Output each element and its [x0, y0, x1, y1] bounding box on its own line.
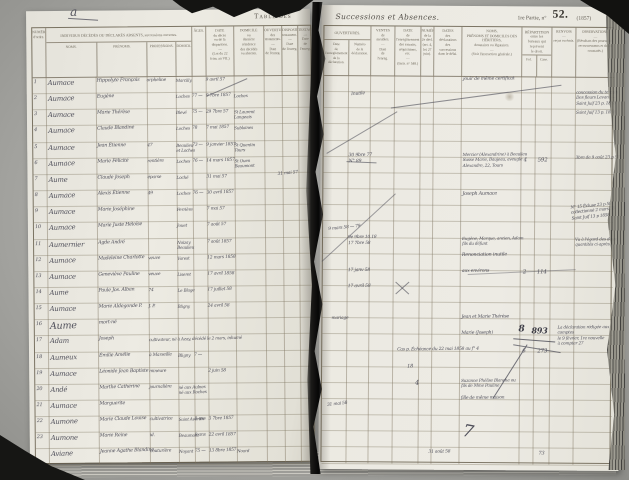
column-header: INDIVIDUS DÉCÉDÉS OU DÉCLARÉS ABSENTS, s…: [45, 27, 191, 77]
right-page-title: Successions et Absences.: [336, 12, 440, 22]
row-number: 3: [34, 111, 37, 118]
handwriting-annotation: 73: [539, 450, 545, 457]
domicile-entry: Ferrière: [177, 207, 193, 213]
firstname-entry: mort-né: [99, 320, 117, 327]
column-header: DATE de l'enregistrement des extraits, r…: [394, 26, 420, 75]
surname-entry: Aumace: [48, 111, 75, 120]
column-header: NOMS.: [46, 43, 96, 77]
grid-line: [36, 446, 316, 449]
surname-entry: Adam: [50, 337, 69, 346]
profession-entry: veuve: [148, 255, 160, 261]
profession-entry: orpheline: [147, 78, 167, 84]
handwriting-annotation: 31 août 58: [429, 449, 451, 455]
profession-entry: mineure: [149, 369, 166, 375]
column-header: OUVERTURES.Date de l'enregistrement de l…: [324, 26, 370, 75]
firstname-entry: Marthe Cathérine: [99, 384, 140, 392]
firstname-entry: Marie Reine: [100, 433, 128, 440]
profession-entry: 49: [148, 191, 153, 197]
row-number: 8: [35, 192, 38, 199]
handwriting-annotation: Inutile: [351, 91, 365, 98]
surname-entry: Aumernier: [49, 240, 84, 249]
death-date-entry: 7 août 57: [207, 222, 226, 228]
grid-line: [35, 398, 315, 401]
firstname-entry: Marie Thérèse: [97, 110, 130, 117]
handwriting-annotation: 3bre de 9 août 23 p 57: [576, 154, 620, 160]
surname-entry: Aumace: [50, 369, 77, 378]
death-date-entry: 22 avril 1857: [209, 432, 236, 438]
surname-entry: Aume: [50, 320, 77, 333]
death-date-entry: 24 avril 58: [208, 303, 230, 309]
grid-line: [322, 366, 612, 369]
column-subheaders: Date de l'enregistrement de la déclarati…: [324, 40, 370, 75]
row-number: 17: [36, 337, 42, 344]
grid-line: [33, 91, 313, 94]
surname-entry: Aumace: [49, 256, 76, 266]
grid-line: [33, 123, 313, 126]
profession-entry: id.: [150, 433, 155, 439]
handwriting-annotation: Joseph Aumace: [462, 192, 497, 199]
right-page: Successions et Absences. 1re Partie, n° …: [318, 5, 621, 471]
surname-entry: Aumace: [49, 223, 76, 233]
column-header: DOMICILE ou dernière résidence des décéd…: [233, 26, 263, 75]
death-date-entry: 17 avril 1858: [207, 271, 234, 277]
surname-entry: Aumace: [49, 208, 76, 217]
grid-line: [34, 285, 314, 288]
row-number: 13: [35, 273, 41, 280]
partie-label: 1re Partie, n°: [518, 15, 547, 21]
grid-line: [324, 91, 614, 94]
column-header: NUMÉROS d'ordre.: [32, 28, 45, 77]
row-number: 21: [36, 402, 42, 409]
grid-line: [323, 220, 613, 223]
surname-entry: Aumace: [50, 305, 77, 314]
column-header: PROFESSIONS.: [147, 42, 176, 77]
surname-entry: Aumeux: [50, 353, 77, 363]
firstname-entry: Marie Félicité: [97, 158, 128, 165]
row-number: 1: [34, 79, 37, 86]
domicile-entry: Loches: [176, 126, 190, 132]
firstname-entry: Eugène: [97, 94, 114, 101]
grid-line: [33, 107, 313, 110]
book-scan: a Table des NUMÉROS d'ordre.INDIVIDUS DÉ…: [0, 0, 629, 480]
grid-line: [323, 301, 613, 304]
margin-note-letter-a: a: [70, 5, 77, 19]
place-entry: St Ouen Beaumont: [234, 157, 254, 169]
profession-entry: cultivatrice: [150, 417, 173, 424]
grid-line: [324, 123, 614, 126]
handwriting-annotation: 17 janv 58: [348, 268, 370, 274]
grid-line: [33, 155, 313, 158]
grid-line: [34, 252, 314, 255]
handwriting-annotation: 893: [531, 325, 547, 336]
surname-entry: Aumone: [51, 434, 78, 443]
grid-line: [321, 463, 611, 466]
firstname-entry: Marguerite: [99, 401, 125, 408]
column-header: DOMICILES.: [175, 42, 191, 77]
profession-entry: à Marseille: [149, 352, 172, 359]
death-date-entry: 31 mai 57: [206, 174, 226, 180]
surname-entry: Andé: [50, 385, 67, 394]
column-header: RENVOIS — reçus ou émis.: [551, 28, 575, 77]
column-header: NUMÉRO de la 2e décl. (art. 4, loi 27 ju…: [420, 27, 433, 76]
handwriting-annotation: Eugène, Marque, ancien, Adam fils du déf…: [462, 235, 523, 247]
domicile-entry: Loches: [177, 191, 191, 197]
handwriting-annotation: 4: [524, 157, 527, 164]
grid-line: [322, 446, 612, 449]
domicile-entry: Jouet: [177, 223, 187, 229]
death-date-entry: 29 7bre 57: [206, 110, 228, 116]
handwriting-annotation: Suzanne Phélise Blanche ou fils de Mme P…: [461, 377, 516, 388]
surname-entry: Aumace: [48, 143, 75, 152]
column-header: NOMS, PRÉNOMS ET DOMICILES DES HÉRITIERS…: [461, 27, 521, 76]
domicile-entry: Blevé: [176, 110, 187, 116]
profession-entry: J. P.: [149, 304, 156, 310]
death-date-entry: 17 juillet 58: [207, 287, 231, 294]
profession-entry: veuve: [148, 272, 160, 278]
profession-entry: rentière: [147, 158, 164, 164]
age-entry: 75 —: [195, 449, 206, 455]
column-header: Date de l'enregistrement de la déclarati…: [324, 40, 348, 75]
profession-entry: 47: [147, 143, 152, 149]
column-header: Case.: [536, 55, 552, 76]
grid-line: [34, 204, 314, 207]
firstname-entry: Émilie Amélie: [99, 352, 130, 359]
place-entry: Noard: [237, 448, 250, 454]
column-header: RÉPARTITION entre les bureaux qui reçoiv…: [521, 27, 551, 76]
handwriting-annotation: 17 avril 58: [348, 284, 371, 290]
handwriting-annotation: Mercier (Alexandrine) à Beaulieu Susse M…: [463, 151, 528, 168]
domicile-entry: Le Blage: [177, 287, 194, 293]
death-date-entry: 7 août 1857: [207, 239, 232, 245]
handwriting-annotation: Jean et Marie Thérèse: [461, 314, 509, 320]
row-number: 14: [35, 289, 41, 296]
surname-entry: Aumace: [50, 402, 77, 411]
grid-line: [35, 382, 315, 385]
column-header: VENTES de meubles. — Date de l'enreg.: [370, 26, 394, 75]
age-entry: 8 ans: [195, 417, 206, 423]
domicile-entry: Bligny: [178, 352, 190, 358]
firstname-entry: Léonide Jean Baptiste: [99, 368, 148, 375]
profession-entry: éparse: [147, 175, 161, 181]
death-date-entry: 3 7bre 1857: [209, 416, 234, 423]
age-entry: 7 —: [194, 352, 202, 358]
firstname-entry: Claude Joseph: [97, 175, 129, 182]
column-header: TESTAGE — Date de l'enreg.: [297, 26, 312, 75]
profession-entry: journalière: [149, 384, 171, 390]
surname-entry: Aumace: [48, 159, 75, 169]
grid-line: [34, 269, 314, 272]
column-subheaders: NOMS.PRÉNOMS.PROFESSIONS.DOMICILES.: [46, 42, 191, 77]
death-date-entry: 9 avril 57: [206, 77, 225, 83]
row-number: 2: [34, 95, 37, 102]
page-number: 52.: [553, 9, 569, 21]
row-number: 7: [34, 176, 37, 183]
firstname-entry: Paule Jos. Alban: [98, 287, 134, 294]
grid-line: [35, 301, 315, 304]
handwriting-annotation: jouir de même certificat: [463, 76, 514, 83]
handwriting-annotation: 30 9bre 77 N° 89: [349, 153, 373, 165]
column-header: PRÉNOMS.: [96, 42, 147, 77]
row-number: 6: [34, 160, 37, 167]
row-number: 20: [36, 386, 42, 393]
firstname-entry: Marie Joséphine: [98, 207, 135, 214]
handwriting-annotation: 592: [538, 157, 548, 164]
domicile-entry: Loché: [176, 175, 188, 181]
column-header: DATES des déclarations des successions d…: [433, 27, 461, 76]
handwriting-annotation: 9e 9bre 10.18 17 7bre 58: [348, 235, 377, 247]
firstname-entry: Geneviève Pauline: [98, 272, 139, 279]
grid-line: [323, 172, 613, 175]
handwriting-annotation: 8: [518, 324, 524, 336]
age-entry: 77 —: [192, 94, 203, 100]
grid-line: [33, 139, 313, 142]
surname-entry: Aume: [49, 288, 68, 297]
age-entry: 76 —: [193, 190, 204, 196]
column-header: Numéro de la déclaration.: [348, 40, 370, 75]
death-date-entry: 14 mars 1857: [206, 157, 234, 164]
surname-entry: Aumace: [49, 191, 76, 201]
surname-entry: Aumace: [48, 127, 75, 137]
row-number: 12: [35, 257, 41, 264]
column-header: ÂGES.: [191, 27, 205, 76]
row-number: 9: [35, 208, 38, 215]
surname-entry: Aume: [48, 176, 67, 185]
domicile-entry: Varest: [177, 255, 189, 261]
row-number: 19: [36, 370, 42, 377]
row-number: 23: [37, 434, 43, 441]
place-entry: Loches: [234, 93, 248, 99]
firstname-entry: Agde André: [98, 240, 125, 247]
column-header: DISPOSITIONS testament. — Date de l'enre…: [281, 26, 297, 75]
domicile-entry: Liseret: [177, 271, 191, 277]
firstname-entry: Hippolyte François: [97, 78, 140, 85]
column-header: Fol.: [522, 55, 536, 76]
grid-line: [34, 236, 314, 239]
left-page: a Table des NUMÉROS d'ordre.INDIVIDUS DÉ…: [26, 9, 314, 463]
surname-entry: Aumace: [48, 94, 75, 104]
column-subheaders: Fol.Case.: [522, 55, 551, 76]
grid-line: [34, 188, 314, 191]
handwriting-annotation: Saint Juif 13 p. 1858: [576, 109, 616, 115]
column-header: DATE du décès ou de la disparition. — (L…: [205, 26, 233, 75]
surname-entry: Aumone: [51, 417, 78, 427]
handwriting-annotation: 18: [407, 364, 413, 371]
domicile-entry: Loches: [176, 94, 190, 100]
firstname-entry: Joseph: [99, 337, 114, 343]
surname-entry: Aumace: [48, 79, 75, 88]
death-date-entry: 12 mars 1858: [207, 254, 235, 261]
domicile-entry: Noizay Beaulieu: [177, 239, 194, 250]
domicile-entry: Bligny: [178, 304, 190, 310]
domicile-entry: Loches: [176, 158, 190, 164]
death-date-entry: 7 mai 57: [207, 207, 225, 213]
death-date-entry: 2 juin 58: [208, 368, 226, 374]
row-number: 22: [37, 418, 43, 425]
grid-line: [324, 140, 614, 143]
handwriting-annotation: fille de même maison: [461, 395, 505, 401]
column-header: OUVERTURES des testaments. — Date de l'e…: [263, 26, 281, 75]
grid-line: [35, 365, 315, 368]
grid-line: [324, 107, 614, 110]
row-number: 11: [35, 241, 41, 248]
profession-entry: 74: [148, 288, 153, 294]
firstname-entry: Alexis Étienne: [98, 191, 130, 198]
age-entry: 78: [192, 126, 197, 132]
grid-line: [322, 414, 612, 417]
age-entry: 73 —: [192, 142, 203, 148]
row-number: 18: [36, 354, 42, 361]
surname-entry: Aviane: [51, 450, 73, 460]
surname-entry: Aumace: [49, 272, 76, 281]
firstname-entry: Madeleine Charlotte: [98, 255, 144, 263]
age-entry: 76 —: [192, 158, 203, 164]
column-group-label: INDIVIDUS DÉCÉDÉS OU DÉCLARÉS ABSENTS, s…: [46, 29, 191, 43]
grid-line: [34, 220, 314, 223]
grid-line: [33, 172, 313, 175]
place-entry: St Laurent Langeais: [234, 109, 255, 120]
row-number: 15: [36, 305, 42, 312]
row-number: 4: [34, 128, 37, 135]
domicile-entry: Marcilly: [176, 78, 192, 84]
firstname-entry: Jean Étienne: [97, 143, 126, 150]
death-date-entry: 9 janvier 1857: [206, 142, 235, 148]
row-number: 16: [36, 321, 42, 328]
row-number: 10: [35, 224, 41, 231]
death-date-entry: 30 avril 1857: [207, 190, 234, 197]
grid-line: [323, 188, 613, 191]
year-label: (1857): [577, 16, 592, 22]
column-group-label: OUVERTURES.: [324, 28, 370, 40]
age-entry: 75 —: [192, 110, 203, 116]
handwriting-annotation: mariage: [331, 316, 348, 322]
column-group-label: RÉPARTITION entre les bureaux qui reçoiv…: [522, 29, 551, 55]
place-entry: St Quentin Tours: [234, 142, 255, 153]
handwriting-annotation: Cas p. Échéance du 22 mai 1858 au f° 4: [397, 347, 479, 354]
handwriting-annotation: 4: [415, 379, 419, 387]
firstname-entry: Marie Aldegonde P.: [99, 304, 143, 311]
age-entry: 9 ans: [195, 433, 206, 439]
domicile-entry: né aux Aulnes né aux Roches: [178, 384, 207, 396]
handwriting-annotation: Renonciation inutile: [462, 252, 507, 259]
handwriting-annotation: Marie (Joseph): [461, 331, 493, 337]
domicile-entry: Noyant: [179, 449, 193, 455]
row-number: 5: [34, 144, 37, 151]
